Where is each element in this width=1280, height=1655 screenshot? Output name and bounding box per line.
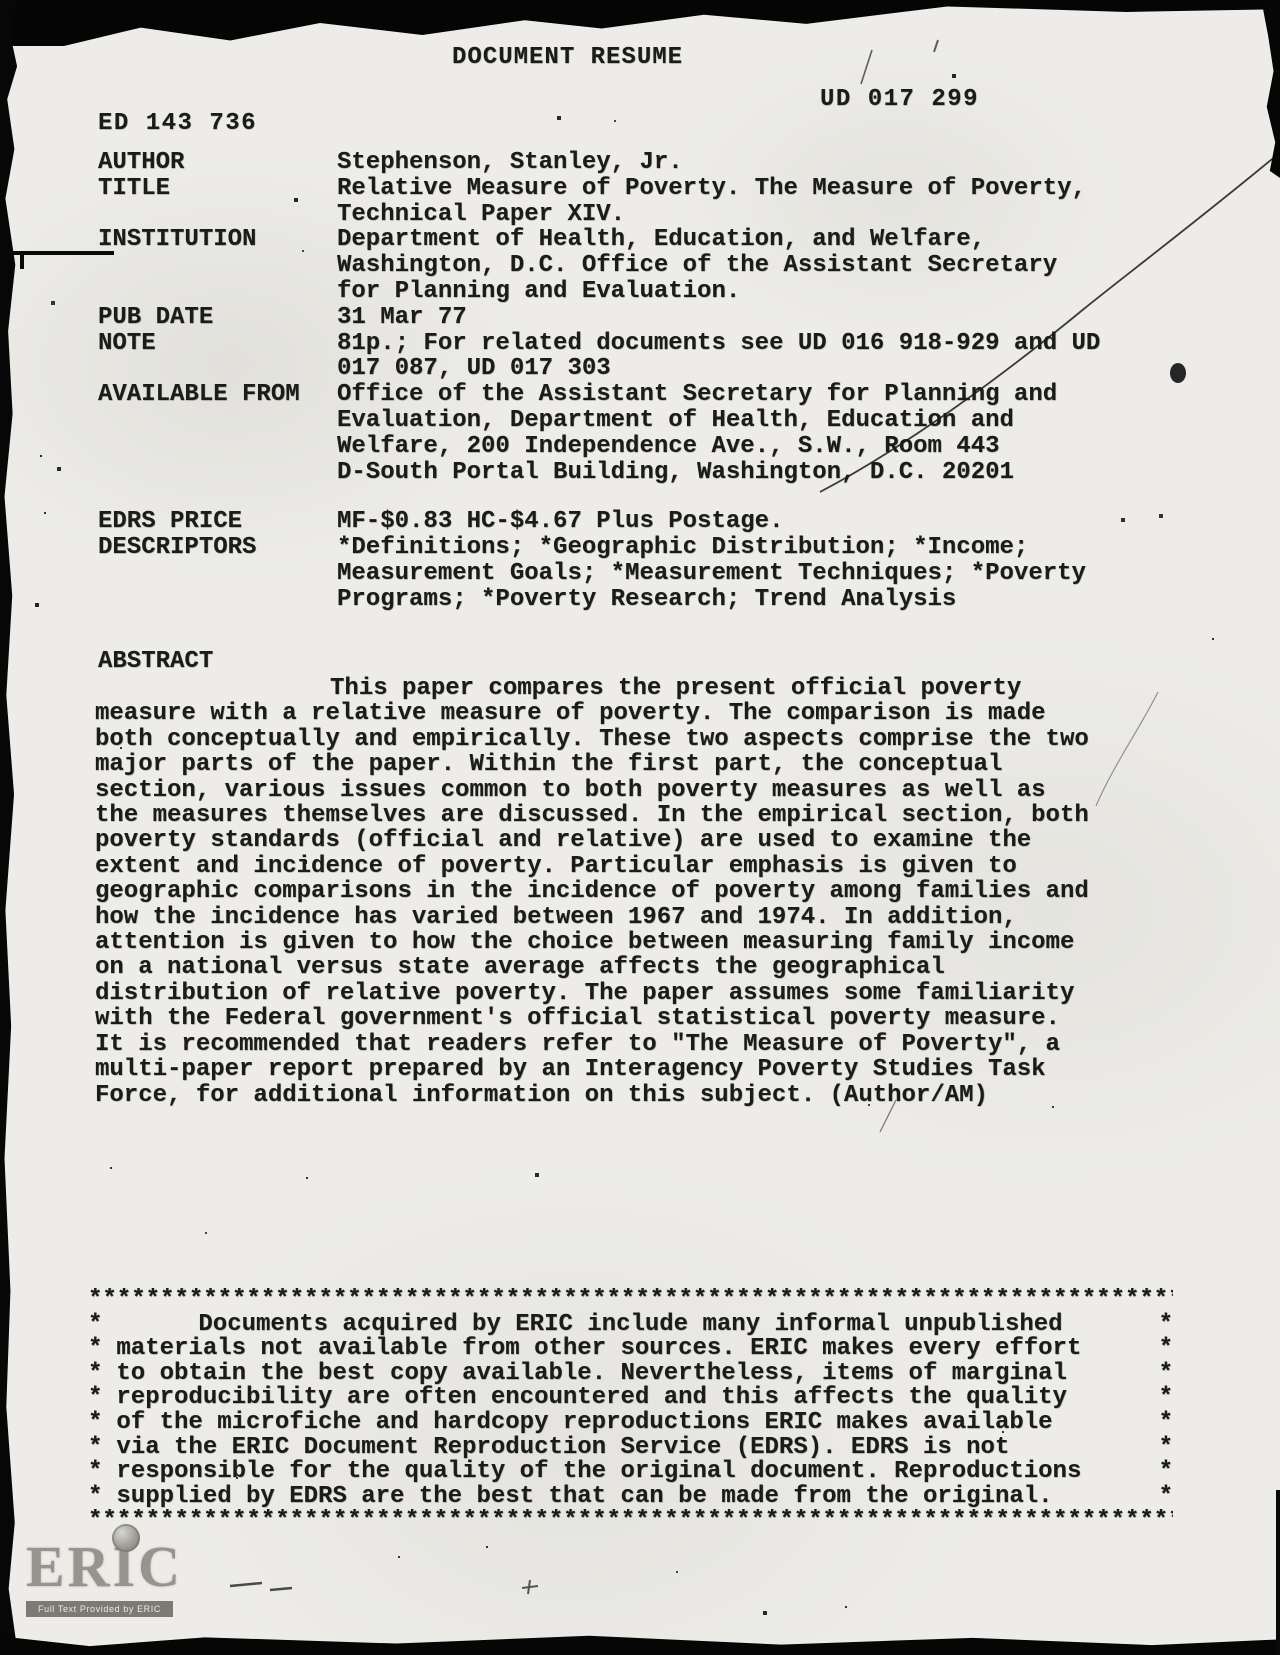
field-value-line: Programs; *Poverty Research; Trend Analy… bbox=[337, 587, 1178, 613]
abstract-line: how the incidence has varied between 196… bbox=[95, 905, 1175, 930]
disclaimer-text: via the ERIC Document Reproduction Servi… bbox=[102, 1436, 1158, 1461]
field-value-line: Stephenson, Stanley, Jr. bbox=[337, 150, 1178, 176]
ed-accession-number: ED 143 736 bbox=[98, 110, 257, 137]
disclaimer-text: responsible for the quality of the origi… bbox=[102, 1460, 1158, 1485]
field-value: Office of the Assistant Secretary for Pl… bbox=[337, 382, 1178, 485]
field-label: NOTE bbox=[98, 331, 337, 383]
asterisk-left: * bbox=[88, 1362, 102, 1387]
asterisk-border-top: ****************************************… bbox=[88, 1288, 1173, 1313]
eric-logo-tagline: Full Text Provided by ERIC bbox=[26, 1601, 173, 1617]
field-row-institution: INSTITUTION Department of Health, Educat… bbox=[98, 227, 1178, 304]
abstract-line: major parts of the paper. Within the fir… bbox=[95, 752, 1175, 777]
abstract-line: distribution of relative poverty. The pa… bbox=[95, 981, 1175, 1006]
abstract-line: This paper compares the present official… bbox=[95, 676, 1175, 701]
field-value-line: 017 087, UD 017 303 bbox=[337, 356, 1178, 382]
typewritten-layer: DOCUMENT RESUME UD 017 299 ED 143 736 AU… bbox=[0, 0, 1280, 1655]
field-value: Relative Measure of Poverty. The Measure… bbox=[337, 176, 1178, 228]
field-label: DESCRIPTORS bbox=[98, 535, 337, 612]
field-value: 31 Mar 77 bbox=[337, 305, 1178, 331]
abstract-line: section, various issues common to both p… bbox=[95, 778, 1175, 803]
disclaimer-line: * to obtain the best copy available. Nev… bbox=[88, 1362, 1173, 1387]
field-label: AVAILABLE FROM bbox=[98, 382, 337, 485]
abstract-label: ABSTRACT bbox=[98, 648, 213, 675]
field-value-line: for Planning and Evaluation. bbox=[337, 279, 1178, 305]
disclaimer-text: of the microfiche and hardcopy reproduct… bbox=[102, 1411, 1158, 1436]
abstract-body: This paper compares the present official… bbox=[95, 676, 1175, 1108]
field-value-line: Relative Measure of Poverty. The Measure… bbox=[337, 176, 1178, 202]
abstract-line: the measures themselves are discussed. I… bbox=[95, 803, 1175, 828]
asterisk-left: * bbox=[88, 1313, 102, 1338]
disclaimer-line: * materials not available from other sou… bbox=[88, 1337, 1173, 1362]
field-label: AUTHOR bbox=[98, 150, 337, 176]
field-value-line: Washington, D.C. Office of the Assistant… bbox=[337, 253, 1178, 279]
field-value-line: MF-$0.83 HC-$4.67 Plus Postage. bbox=[337, 509, 1178, 535]
field-row-descriptors: DESCRIPTORS *Definitions; *Geographic Di… bbox=[98, 535, 1178, 612]
abstract-line: both conceptually and empirically. These… bbox=[95, 727, 1175, 752]
field-row-edrs-price: EDRS PRICE MF-$0.83 HC-$4.67 Plus Postag… bbox=[98, 509, 1178, 535]
abstract-line: on a national versus state average affec… bbox=[95, 955, 1175, 980]
asterisk-right: * bbox=[1159, 1411, 1173, 1436]
field-value-line: Evaluation, Department of Health, Educat… bbox=[337, 408, 1178, 434]
disclaimer-line: * Documents acquired by ERIC include man… bbox=[88, 1313, 1173, 1338]
abstract-line: measure with a relative measure of pover… bbox=[95, 701, 1175, 726]
field-label: INSTITUTION bbox=[98, 227, 337, 304]
asterisk-left: * bbox=[88, 1411, 102, 1436]
asterisk-right: * bbox=[1159, 1337, 1173, 1362]
asterisk-left: * bbox=[88, 1337, 102, 1362]
field-row-pub-date: PUB DATE 31 Mar 77 bbox=[98, 305, 1178, 331]
abstract-line: It is recommended that readers refer to … bbox=[95, 1032, 1175, 1057]
disclaimer-text: supplied by EDRS are the best that can b… bbox=[102, 1485, 1158, 1510]
abstract-line: Force, for additional information on thi… bbox=[95, 1083, 1175, 1108]
abstract-line: multi-paper report prepared by an Intera… bbox=[95, 1057, 1175, 1082]
asterisk-right: * bbox=[1159, 1460, 1173, 1485]
field-row-author: AUTHOR Stephenson, Stanley, Jr. bbox=[98, 150, 1178, 176]
abstract-line: extent and incidence of poverty. Particu… bbox=[95, 854, 1175, 879]
asterisk-left: * bbox=[88, 1436, 102, 1461]
field-value-line: D-South Portal Building, Washington, D.C… bbox=[337, 460, 1178, 486]
disclaimer-text: to obtain the best copy available. Never… bbox=[102, 1362, 1158, 1387]
field-row-title: TITLE Relative Measure of Poverty. The M… bbox=[98, 176, 1178, 228]
abstract-line: poverty standards (official and relative… bbox=[95, 828, 1175, 853]
abstract-line: with the Federal government's official s… bbox=[95, 1006, 1175, 1031]
field-label: EDRS PRICE bbox=[98, 509, 337, 535]
field-value-line: Department of Health, Education, and Wel… bbox=[337, 227, 1178, 253]
field-row-available-from: AVAILABLE FROM Office of the Assistant S… bbox=[98, 382, 1178, 485]
scan-edge-right-thin bbox=[1276, 1490, 1280, 1655]
disclaimer-line: * responsible for the quality of the ori… bbox=[88, 1460, 1173, 1485]
field-row-note: NOTE 81p.; For related documents see UD … bbox=[98, 331, 1178, 383]
field-value: *Definitions; *Geographic Distribution; … bbox=[337, 535, 1178, 612]
disclaimer-line: * reproducibility are often encountered … bbox=[88, 1386, 1173, 1411]
asterisk-border-bottom: ****************************************… bbox=[88, 1509, 1173, 1534]
eric-logo: ERIC Full Text Provided by ERIC bbox=[26, 1538, 276, 1617]
document-resume-title: DOCUMENT RESUME bbox=[452, 44, 683, 71]
field-value: MF-$0.83 HC-$4.67 Plus Postage. bbox=[337, 509, 1178, 535]
asterisk-left: * bbox=[88, 1485, 102, 1510]
field-value-line: Measurement Goals; *Measurement Techniqu… bbox=[337, 561, 1178, 587]
eric-logo-letters: ERIC bbox=[26, 1534, 183, 1599]
disclaimer-line: * via the ERIC Document Reproduction Ser… bbox=[88, 1436, 1173, 1461]
field-value-line: 81p.; For related documents see UD 016 9… bbox=[337, 331, 1178, 357]
disclaimer-text: reproducibility are often encountered an… bbox=[102, 1386, 1158, 1411]
field-label: TITLE bbox=[98, 176, 337, 228]
asterisk-left: * bbox=[88, 1460, 102, 1485]
field-value-line: *Definitions; *Geographic Distribution; … bbox=[337, 535, 1178, 561]
abstract-line: geographic comparisons in the incidence … bbox=[95, 879, 1175, 904]
field-value: Stephenson, Stanley, Jr. bbox=[337, 150, 1178, 176]
eric-logo-text: ERIC bbox=[26, 1538, 276, 1596]
field-label: PUB DATE bbox=[98, 305, 337, 331]
globe-icon bbox=[112, 1524, 140, 1552]
scanned-document-page: DOCUMENT RESUME UD 017 299 ED 143 736 AU… bbox=[0, 0, 1280, 1655]
field-value: 81p.; For related documents see UD 016 9… bbox=[337, 331, 1178, 383]
field-value-line: Office of the Assistant Secretary for Pl… bbox=[337, 382, 1178, 408]
asterisk-left: * bbox=[88, 1386, 102, 1411]
field-value-line: 31 Mar 77 bbox=[337, 305, 1178, 331]
disclaimer-line: * supplied by EDRS are the best that can… bbox=[88, 1485, 1173, 1510]
asterisk-right: * bbox=[1159, 1485, 1173, 1510]
ud-accession-number: UD 017 299 bbox=[820, 86, 979, 113]
disclaimer-line: * of the microfiche and hardcopy reprodu… bbox=[88, 1411, 1173, 1436]
field-value-line: Technical Paper XIV. bbox=[337, 202, 1178, 228]
metadata-fields: AUTHOR Stephenson, Stanley, Jr. TITLE Re… bbox=[98, 150, 1178, 613]
field-value-line: Welfare, 200 Independence Ave., S.W., Ro… bbox=[337, 434, 1178, 460]
disclaimer-text: materials not available from other sourc… bbox=[102, 1337, 1158, 1362]
asterisk-right: * bbox=[1159, 1362, 1173, 1387]
eric-reproduction-disclaimer-box: ****************************************… bbox=[88, 1288, 1173, 1534]
field-value: Department of Health, Education, and Wel… bbox=[337, 227, 1178, 304]
asterisk-right: * bbox=[1159, 1386, 1173, 1411]
abstract-line: attention is given to how the choice bet… bbox=[95, 930, 1175, 955]
asterisk-right: * bbox=[1159, 1313, 1173, 1338]
asterisk-right: * bbox=[1159, 1436, 1173, 1461]
disclaimer-text: Documents acquired by ERIC include many … bbox=[102, 1313, 1158, 1338]
